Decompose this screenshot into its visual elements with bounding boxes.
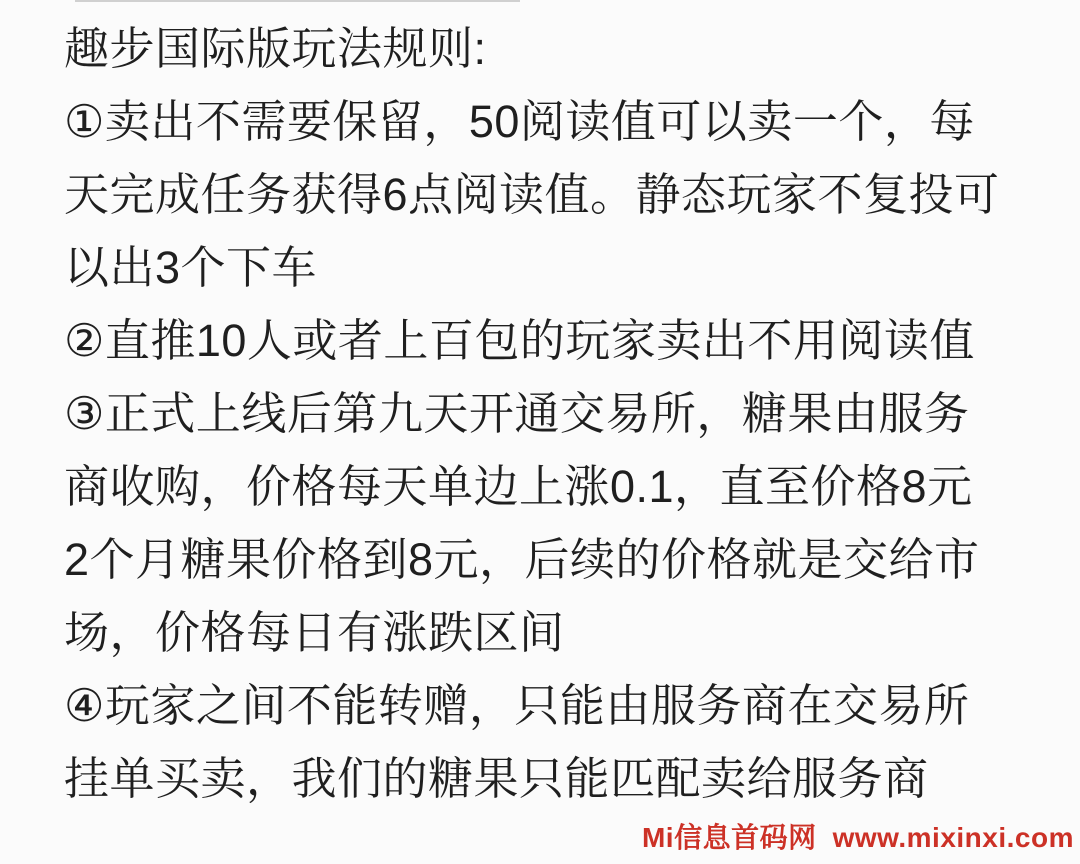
watermark-site-name: Mi信息首码网 — [642, 822, 817, 853]
rule-4-line-2: 挂单买卖，我们的糖果只能匹配卖给服务商 — [64, 742, 1060, 815]
rule-3-line-2: 商收购，价格每天单边上涨0.1，直至价格8元 — [64, 450, 1060, 523]
rule-1-line-3: 以出3个下车 — [64, 231, 1060, 304]
rule-4-line-1: ④玩家之间不能转赠，只能由服务商在交易所 — [64, 669, 1060, 742]
page-title: 趣步国际版玩法规则: — [64, 12, 1060, 85]
rule-3-line-4: 场，价格每日有涨跌区间 — [64, 596, 1060, 669]
screenshot-root: { "page": { "background_color": "#fbfbfb… — [0, 0, 1080, 864]
rule-1-line-1: ①卖出不需要保留，50阅读值可以卖一个，每 — [64, 85, 1060, 158]
watermark-url: www.mixinxi.com — [833, 822, 1074, 853]
rules-text-block: 趣步国际版玩法规则: ①卖出不需要保留，50阅读值可以卖一个，每 天完成任务获得… — [64, 12, 1060, 815]
crop-artifact-line — [75, 0, 520, 2]
rule-2-line-1: ②直推10人或者上百包的玩家卖出不用阅读值 — [64, 304, 1060, 377]
watermark: Mi信息首码网www.mixinxi.com — [642, 816, 1074, 856]
rule-3-line-1: ③正式上线后第九天开通交易所，糖果由服务 — [64, 377, 1060, 450]
rule-3-line-3: 2个月糖果价格到8元，后续的价格就是交给市 — [64, 523, 1060, 596]
rule-1-line-2: 天完成任务获得6点阅读值。静态玩家不复投可 — [64, 158, 1060, 231]
